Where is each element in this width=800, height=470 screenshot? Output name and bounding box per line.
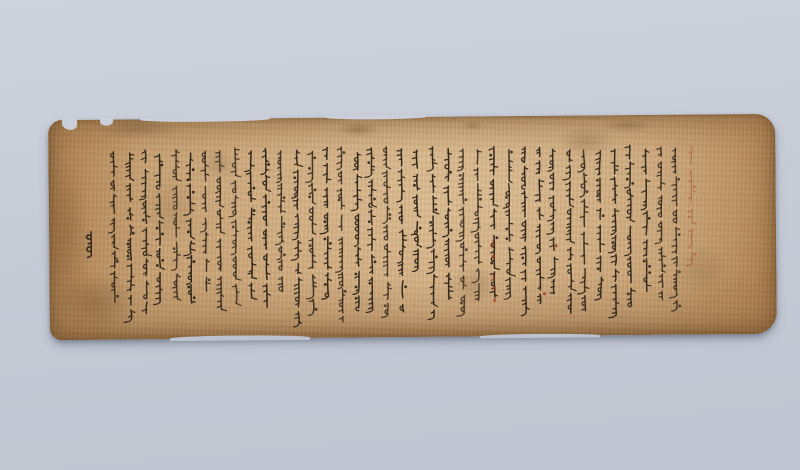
red-ink-dot — [492, 255, 495, 258]
red-ink-dot — [543, 292, 546, 295]
red-ink-dot — [493, 299, 496, 302]
red-ink-dot — [555, 244, 558, 247]
red-ink-dot — [493, 287, 496, 290]
manuscript-leaf — [48, 114, 777, 340]
mongolian-script-text — [48, 114, 777, 340]
manuscript-photograph — [0, 0, 800, 470]
